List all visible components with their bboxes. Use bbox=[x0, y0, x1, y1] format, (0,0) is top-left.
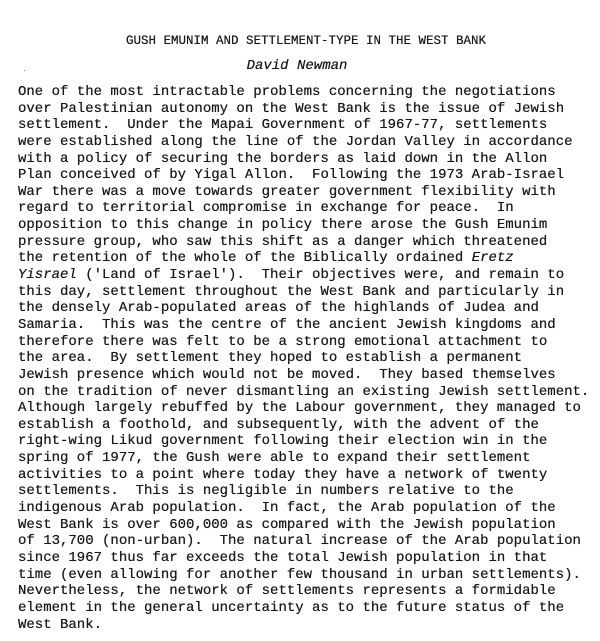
text-line: with a policy of securing the borders as… bbox=[18, 151, 600, 168]
italic-term: Eretz bbox=[472, 250, 514, 266]
text-run: Although largely rebuffed by the Labour … bbox=[18, 400, 581, 416]
text-run: the area. By settlement they hoped to es… bbox=[18, 350, 522, 366]
text-run: establish a foothold, and subsequently, … bbox=[18, 417, 539, 433]
text-run: over Palestinian autonomy on the West Ba… bbox=[18, 101, 564, 117]
text-line: Yisrael ('Land of Israel'). Their object… bbox=[18, 267, 600, 284]
italic-term: Yisrael bbox=[18, 267, 77, 283]
text-run: One of the most intractable problems con… bbox=[18, 84, 556, 100]
text-line: of 13,700 (non-urban). The natural incre… bbox=[18, 533, 600, 550]
text-line: One of the most intractable problems con… bbox=[18, 84, 600, 101]
text-line: regard to territorial compromise in exch… bbox=[18, 200, 600, 217]
text-run: this day, settlement throughout the West… bbox=[18, 284, 564, 300]
text-line: on the tradition of never dismantling an… bbox=[18, 384, 600, 401]
text-run: right-wing Likud government following th… bbox=[18, 433, 547, 449]
text-run: West Bank is over 600,000 as compared wi… bbox=[18, 517, 556, 533]
text-run: time (even allowing for another few thou… bbox=[18, 567, 581, 583]
text-run: with a policy of securing the borders as… bbox=[18, 151, 547, 167]
text-line: indigenous Arab population. In fact, the… bbox=[18, 500, 600, 517]
document-page: GUSH EMUNIM AND SETTLEMENT-TYPE IN THE W… bbox=[0, 0, 600, 641]
text-line: establish a foothold, and subsequently, … bbox=[18, 417, 600, 434]
text-run: spring of 1977, the Gush were able to ex… bbox=[18, 450, 530, 466]
text-line: Samaria. This was the centre of the anci… bbox=[18, 317, 600, 334]
text-line: the densely Arab-populated areas of the … bbox=[18, 300, 600, 317]
text-line: time (even allowing for another few thou… bbox=[18, 567, 600, 584]
text-line: therefore there was felt to be a strong … bbox=[18, 334, 600, 351]
text-run: indigenous Arab population. In fact, the… bbox=[18, 500, 556, 516]
text-line: right-wing Likud government following th… bbox=[18, 433, 600, 450]
text-run: were established along the line of the J… bbox=[18, 134, 573, 150]
text-line: Although largely rebuffed by the Labour … bbox=[18, 400, 600, 417]
text-line: Jewish presence which would not be moved… bbox=[18, 367, 600, 384]
text-line: settlement. Under the Mapai Government o… bbox=[18, 117, 600, 134]
text-run: Samaria. This was the centre of the anci… bbox=[18, 317, 556, 333]
text-line: settlements. This is negligible in numbe… bbox=[18, 483, 600, 500]
document-author: David Newman bbox=[0, 58, 594, 74]
text-line: opposition to this change in policy ther… bbox=[18, 217, 600, 234]
text-run: on the tradition of never dismantling an… bbox=[18, 384, 589, 400]
text-line: War there was a move towards greater gov… bbox=[18, 184, 600, 201]
text-line: over Palestinian autonomy on the West Ba… bbox=[18, 101, 600, 118]
text-run: activities to a point where today they h… bbox=[18, 467, 547, 483]
text-line: pressure group, who saw this shift as a … bbox=[18, 234, 600, 251]
text-run: opposition to this change in policy ther… bbox=[18, 217, 547, 233]
text-line: activities to a point where today they h… bbox=[18, 467, 600, 484]
text-run: since 1967 thus far exceeds the total Je… bbox=[18, 550, 547, 566]
text-line: Plan conceived of by Yigal Allon. Follow… bbox=[18, 167, 600, 184]
text-run: the retention of the whole of the Biblic… bbox=[18, 250, 472, 266]
text-line: were established along the line of the J… bbox=[18, 134, 600, 151]
text-run: Plan conceived of by Yigal Allon. Follow… bbox=[18, 167, 564, 183]
text-run: the densely Arab-populated areas of the … bbox=[18, 300, 539, 316]
text-run: West Bank. bbox=[18, 617, 102, 633]
document-title: GUSH EMUNIM AND SETTLEMENT-TYPE IN THE W… bbox=[0, 34, 600, 48]
text-run: of 13,700 (non-urban). The natural incre… bbox=[18, 533, 581, 549]
text-run: regard to territorial compromise in exch… bbox=[18, 200, 514, 216]
text-line: the retention of the whole of the Biblic… bbox=[18, 250, 600, 267]
text-run: settlements. This is negligible in numbe… bbox=[18, 483, 514, 499]
text-run: War there was a move towards greater gov… bbox=[18, 184, 556, 200]
text-line: Nevertheless, the network of settlements… bbox=[18, 583, 600, 600]
text-line: element in the general uncertainty as to… bbox=[18, 600, 600, 617]
text-run: pressure group, who saw this shift as a … bbox=[18, 234, 547, 250]
text-run: therefore there was felt to be a strong … bbox=[18, 334, 547, 350]
text-run: Nevertheless, the network of settlements… bbox=[18, 583, 556, 599]
text-line: since 1967 thus far exceeds the total Je… bbox=[18, 550, 600, 567]
text-line: West Bank. bbox=[18, 617, 600, 634]
text-line: this day, settlement throughout the West… bbox=[18, 284, 600, 301]
text-run: settlement. Under the Mapai Government o… bbox=[18, 117, 547, 133]
body-paragraph: One of the most intractable problems con… bbox=[18, 84, 600, 633]
text-run: ('Land of Israel'). Their objectives wer… bbox=[77, 267, 564, 283]
text-run: element in the general uncertainty as to… bbox=[18, 600, 564, 616]
text-run: Jewish presence which would not be moved… bbox=[18, 367, 556, 383]
text-line: spring of 1977, the Gush were able to ex… bbox=[18, 450, 600, 467]
text-line: the area. By settlement they hoped to es… bbox=[18, 350, 600, 367]
text-line: West Bank is over 600,000 as compared wi… bbox=[18, 517, 600, 534]
